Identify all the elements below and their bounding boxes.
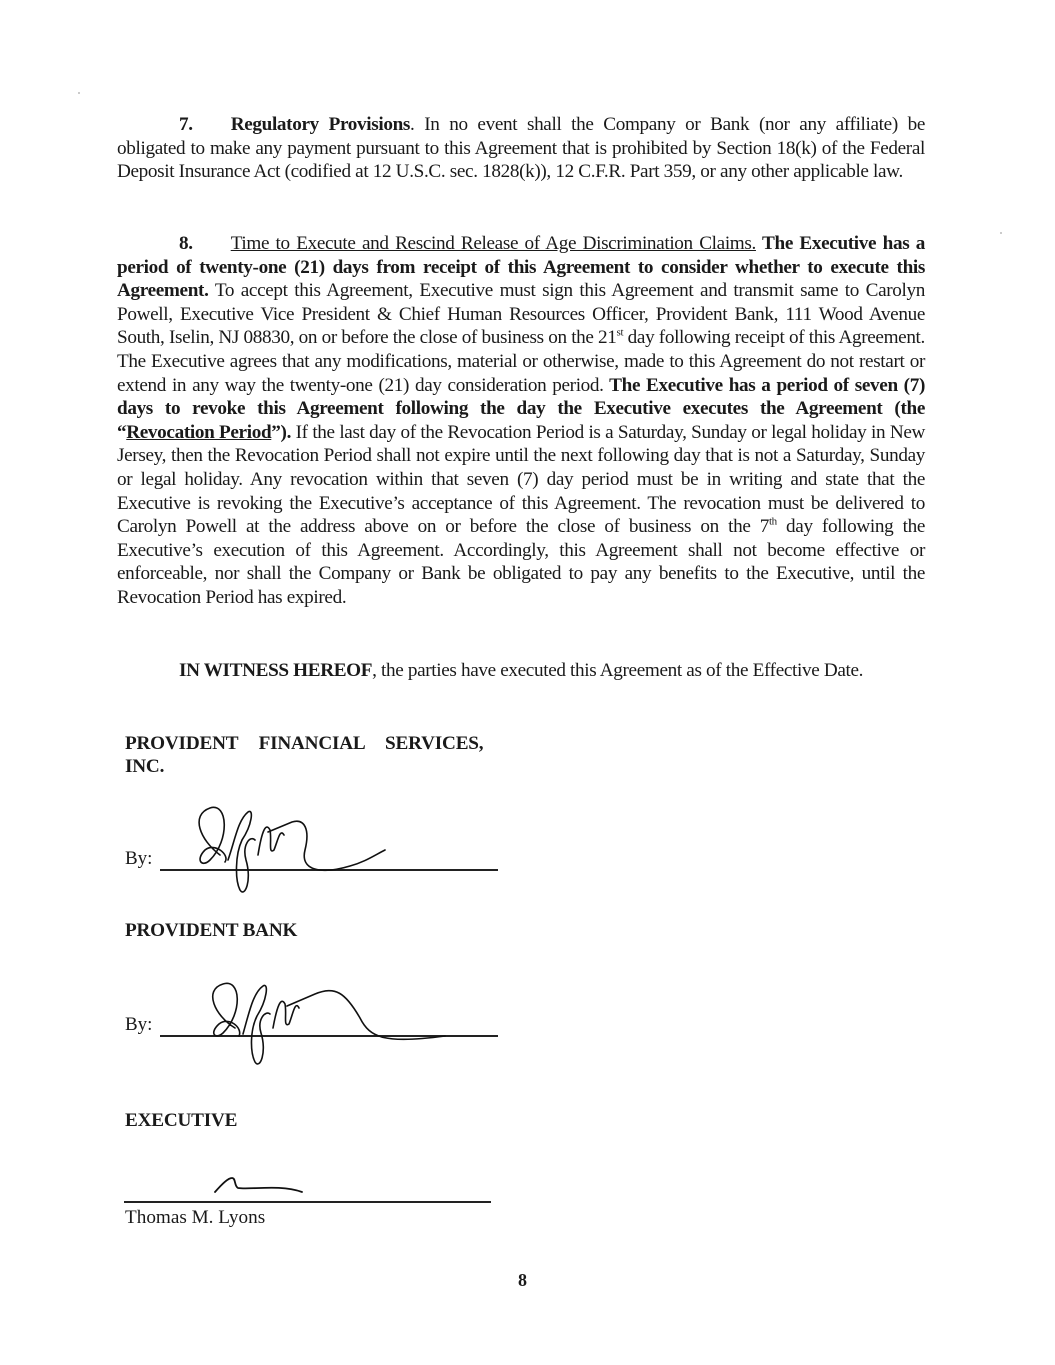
section-8: 8.Time to Execute and Rescind Release of… [117, 232, 925, 610]
scan-speck [1000, 232, 1002, 234]
section-8-number: 8. [179, 233, 193, 254]
executive-name: Thomas M. Lyons [125, 1207, 265, 1229]
company-1-name: PROVIDENT FINANCIAL SERVICES, INC. [125, 732, 515, 778]
document-page: 7.Regulatory Provisions. In no event sha… [0, 0, 1055, 1365]
signature-icon [180, 800, 420, 900]
defined-term-revocation-period: Revocation Period [126, 422, 271, 443]
scan-speck [78, 92, 80, 94]
witness-clause: IN WITNESS HEREOF, the parties have exec… [117, 659, 925, 683]
section-8-heading: Time to Execute and Rescind Release of A… [231, 233, 756, 254]
witness-bold: IN WITNESS HEREOF [179, 660, 372, 681]
section-7-number: 7. [179, 114, 193, 135]
section-7-heading: Regulatory Provisions [231, 114, 410, 135]
section-8-bold-3: ”). [271, 422, 291, 443]
ordinal-th: th [769, 516, 777, 528]
page-number: 8 [518, 1270, 527, 1291]
section-7: 7.Regulatory Provisions. In no event sha… [117, 113, 925, 184]
signature-icon [210, 1172, 310, 1202]
executive-label: EXECUTIVE [125, 1110, 237, 1132]
by-label-2: By: [125, 1014, 152, 1036]
company-2-name: PROVIDENT BANK [125, 920, 297, 942]
witness-text: , the parties have executed this Agreeme… [372, 660, 863, 681]
by-label-1: By: [125, 848, 152, 870]
signature-icon [195, 978, 455, 1068]
